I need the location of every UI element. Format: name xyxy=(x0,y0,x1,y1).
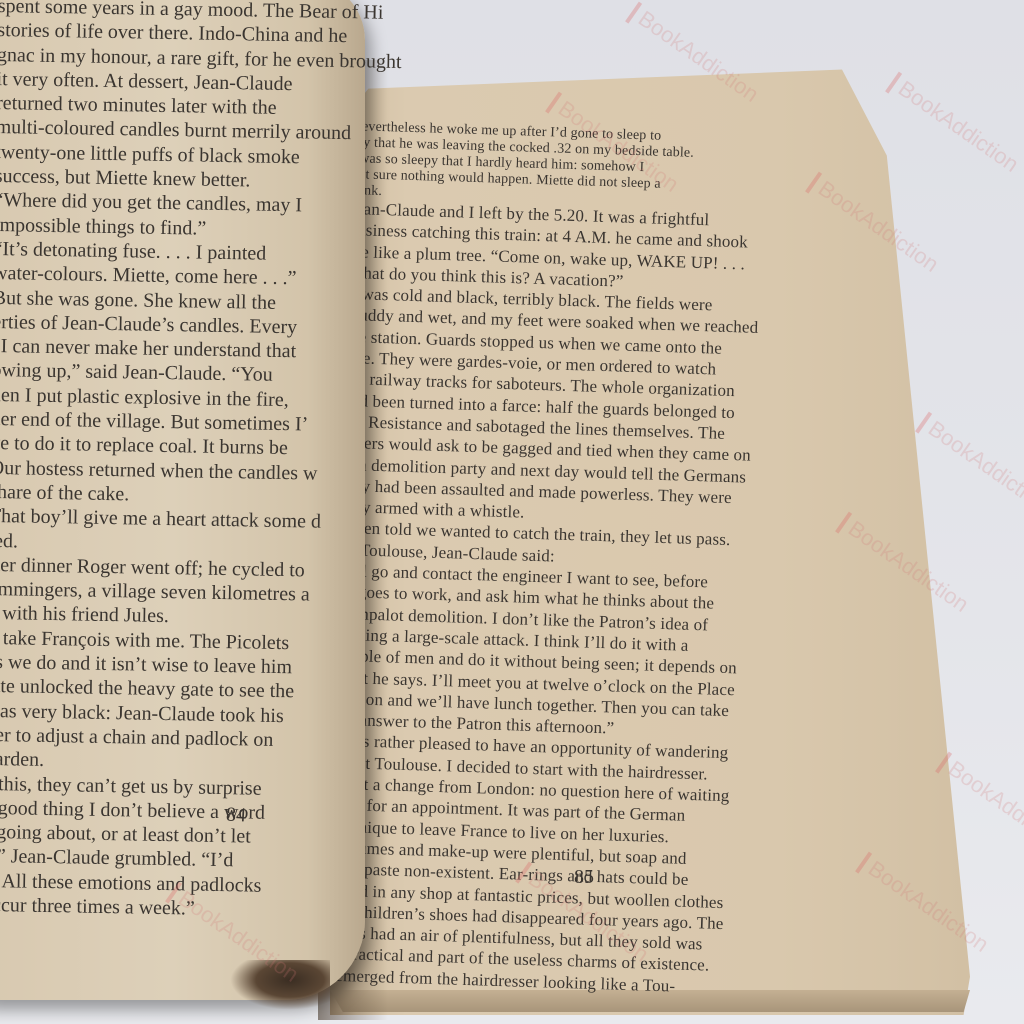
watermark: BookAddiction xyxy=(915,410,1024,518)
left-page-number: 84 xyxy=(225,803,246,827)
watermark: BookAddiction xyxy=(885,70,1023,178)
book-photo: Nevertheless he woke me up after I’d gon… xyxy=(0,0,1024,1024)
left-page-text: spent some years in a gay mood. The Bear… xyxy=(0,0,358,925)
right-page-number: 85 xyxy=(574,866,594,889)
